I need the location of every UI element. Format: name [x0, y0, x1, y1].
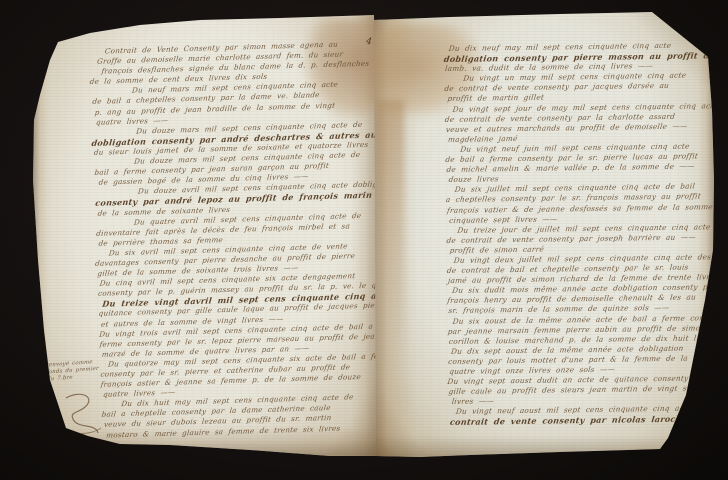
right-page: Du dix neuf may mil sept cens cinquante …: [374, 12, 715, 458]
left-page-text: Contrait de Vente Consenty par simon mas…: [88, 38, 394, 440]
left-page: Contrait de Vente Consenty par simon mas…: [33, 15, 378, 457]
right-page-bottom-shade: [374, 436, 715, 458]
folio-mark: 4: [365, 37, 372, 48]
right-page-fold-shadow: [374, 12, 416, 458]
right-page-fold-stain-streak: [376, 100, 404, 370]
handwritten-line: contrait de vente consenty par nicolas l…: [449, 414, 720, 428]
right-page-text: Du dix neuf may mil sept cens cinquante …: [442, 40, 719, 427]
photo-background: Contrait de Vente Consenty par simon mas…: [0, 0, 728, 480]
left-page-deckle-edge: [33, 15, 49, 457]
paraph-flourish: [58, 388, 104, 446]
